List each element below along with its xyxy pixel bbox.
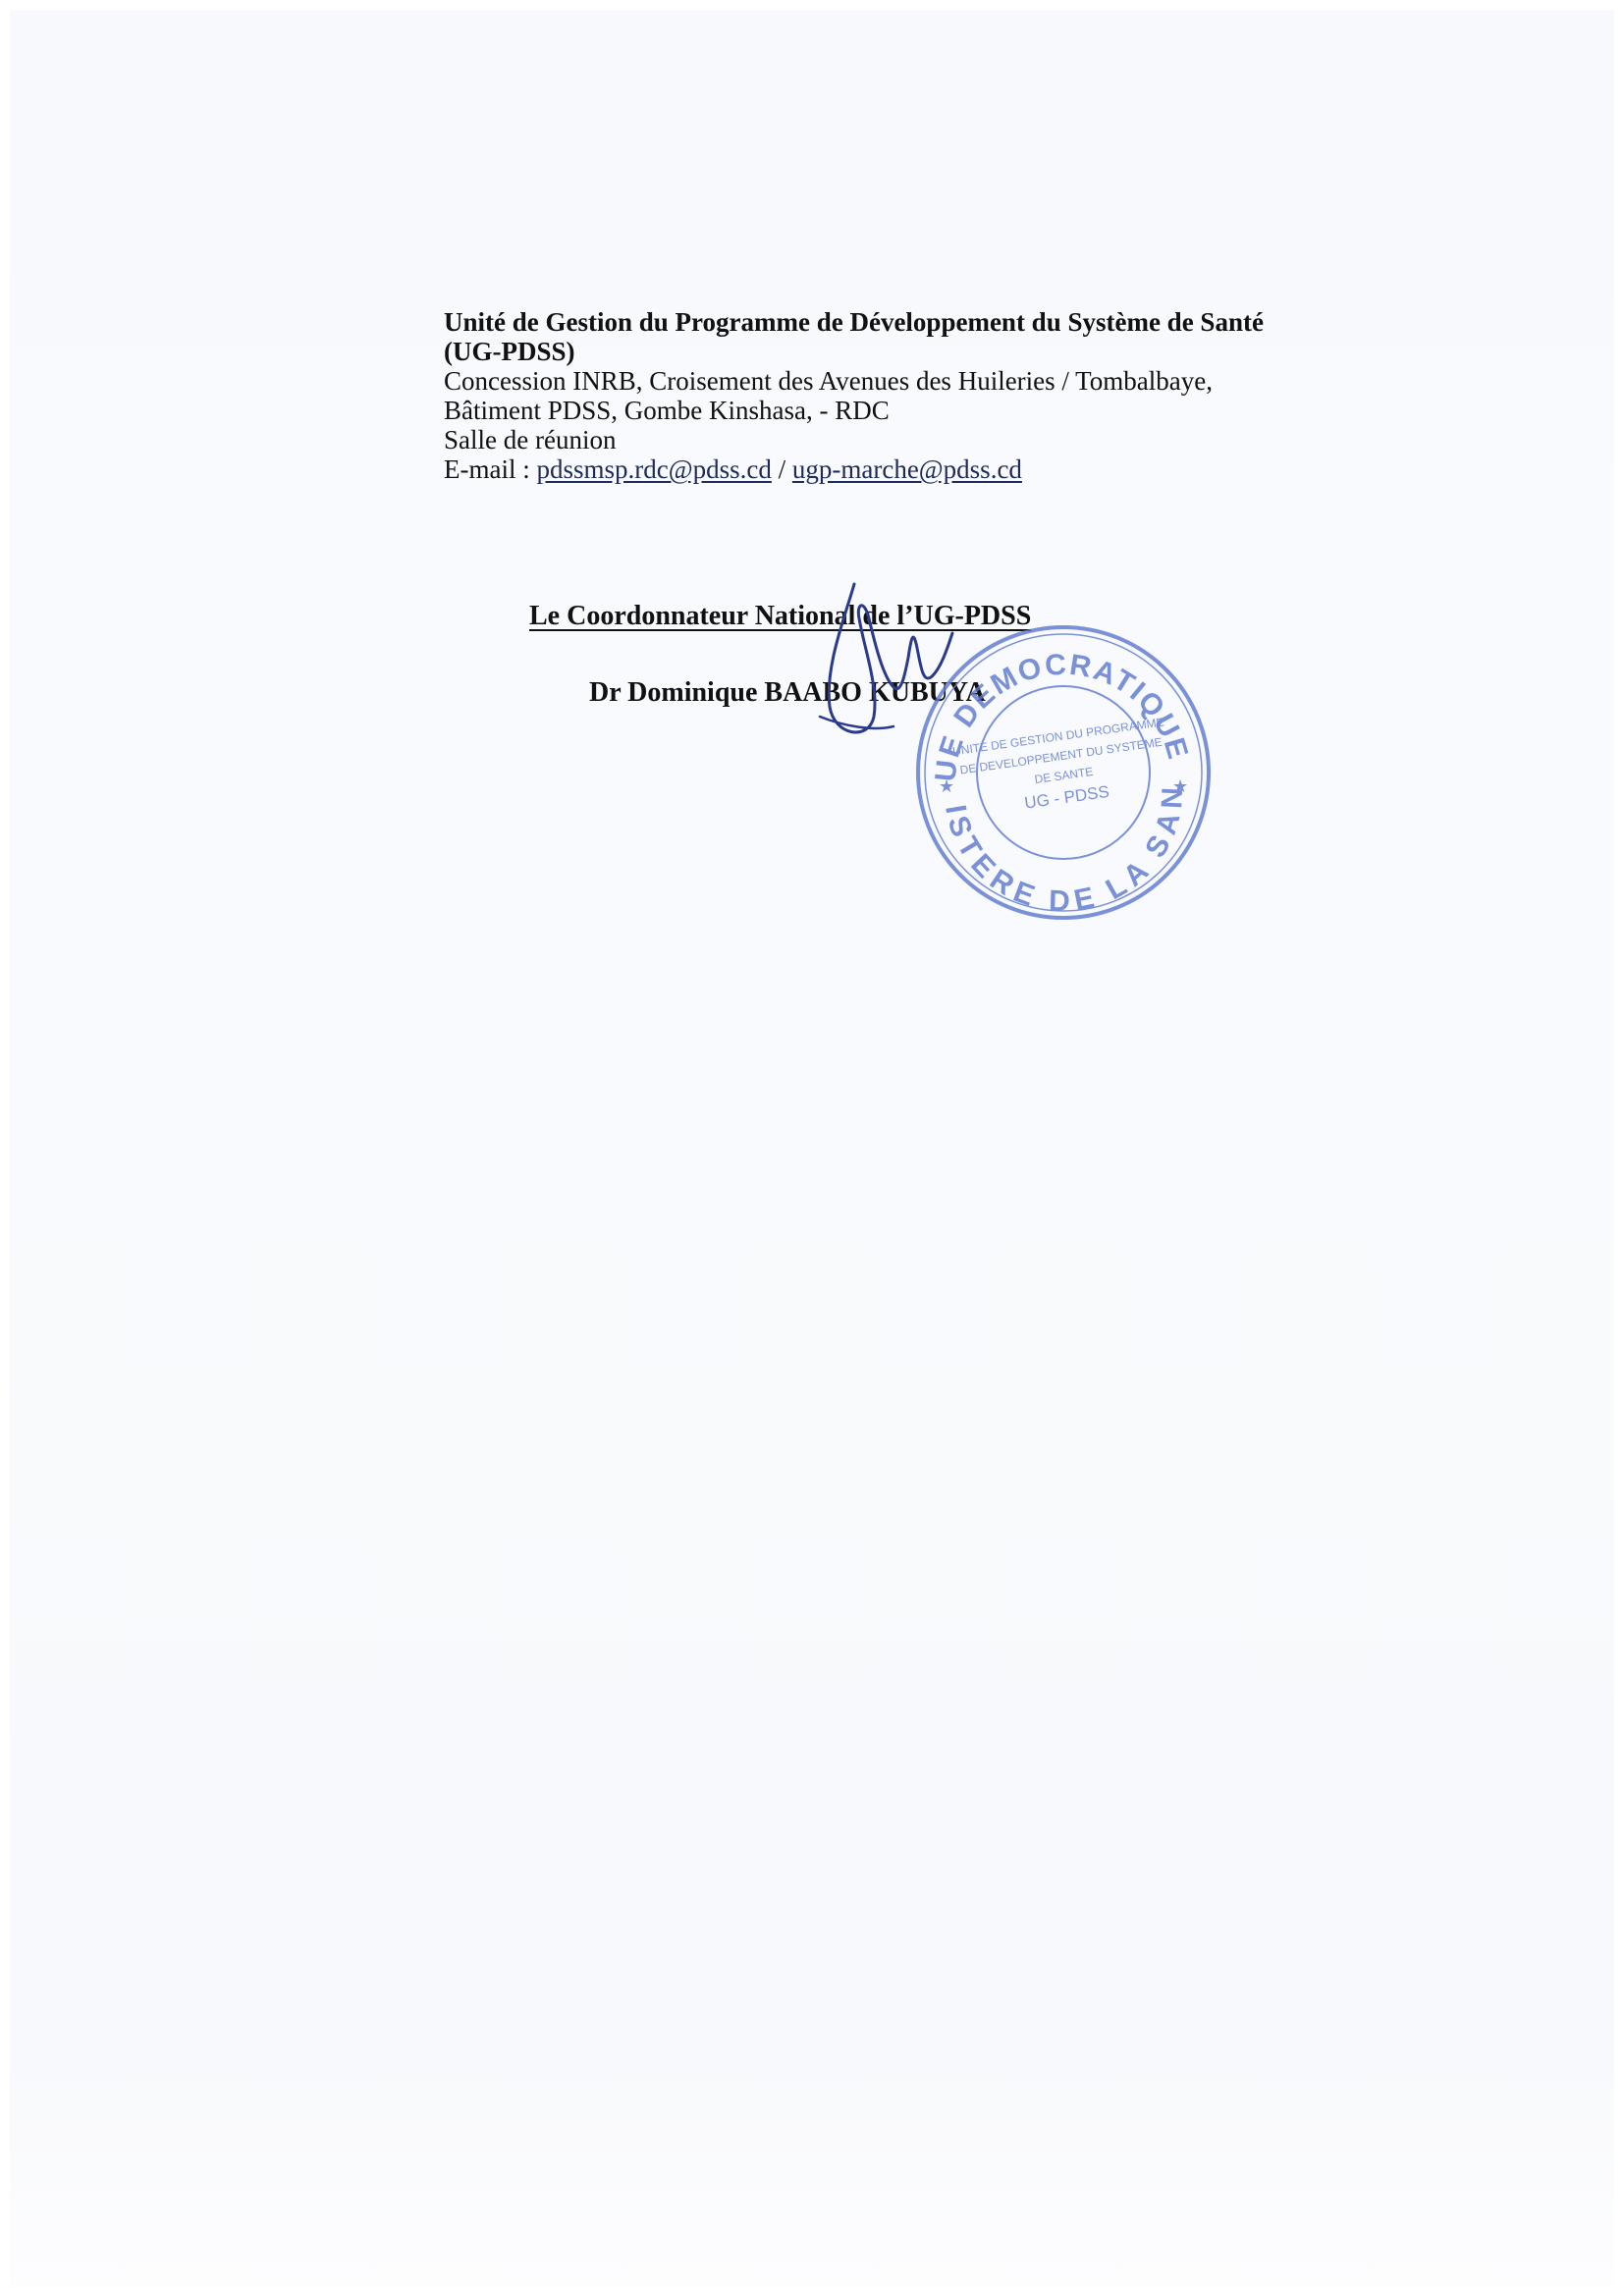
stamp-star-left: ★ <box>939 776 954 797</box>
org-name-line-1: Unité de Gestion du Programme de Dévelop… <box>444 307 1264 337</box>
stamp-inner-line-2: DE DEVELOPPEMENT DU SYSTEME <box>959 735 1164 777</box>
email-label: E-mail : <box>444 454 536 484</box>
stamp-inner-line-1: UNITE DE GESTION DU PROGRAMME <box>951 715 1164 758</box>
email-separator: / <box>772 454 792 484</box>
email-link-ugp-marche[interactable]: ugp-marche@pdss.cd <box>792 454 1022 484</box>
stamp-star-right: ★ <box>1172 776 1188 797</box>
stamp-outer-bottom-text: MINISTERE DE LA SANTE <box>911 620 1189 918</box>
org-name-line-2: (UG-PDSS) <box>444 337 1264 366</box>
signatory-title: Le Coordonnateur National de l’UG-PDSS <box>529 601 1031 632</box>
signatory-name: Dr Dominique BAABO KUBUYA <box>589 677 986 709</box>
svg-text:MINISTERE DE LA SANTE: MINISTERE DE LA SANTE <box>911 620 1189 918</box>
building-address: Bâtiment PDSS, Gombe Kinshasa, - RDC <box>444 396 1264 425</box>
street-address: Concession INRB, Croisement des Avenues … <box>444 366 1264 396</box>
stamp-inner-line-4: UG - PDSS <box>1023 782 1110 813</box>
stamp-inner-line-3: DE SANTE <box>1034 765 1094 786</box>
email-line: E-mail : pdssmsp.rdc@pdss.cd / ugp-march… <box>444 454 1264 484</box>
email-link-pdssmsp[interactable]: pdssmsp.rdc@pdss.cd <box>536 454 771 484</box>
official-stamp: REPUBLIQUE DEMOCRATIQUE DU CONGO MINISTE… <box>911 620 1216 925</box>
meeting-room: Salle de réunion <box>444 425 1264 454</box>
document-page: Unité de Gestion du Programme de Dévelop… <box>10 10 1614 2287</box>
address-block: Unité de Gestion du Programme de Dévelop… <box>444 307 1264 484</box>
